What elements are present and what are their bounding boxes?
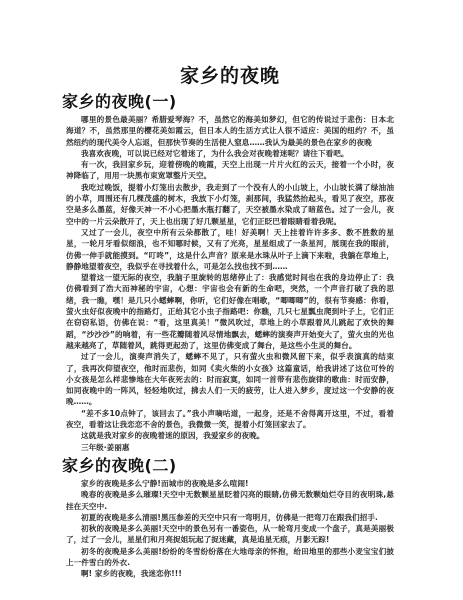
section-2: 家乡的夜晚(二) 家乡的夜晚是多么宁静!而城市的夜晚是多么喧闹! 晚春的夜晚是多… [66,456,394,580]
paragraph: 晚春的夜晚是多么璀璨!天空中无数颗星星眨着闪亮的眼睛,仿佛无数颗灿烂夺目的夜明珠… [66,489,394,512]
paragraph: 初夏的夜晚是多么清丽!黑压参差的天空中只有一弯明月，仿佛是一把弯刀在跟我们招手. [66,512,394,523]
paragraph: 望着这一望无际的夜空，我脑子里旋转的思绪停止了：我感觉时间也在我的身边停止了：我… [66,272,394,351]
section-heading: 家乡的夜晚(二) [62,456,394,476]
document-page: 家乡的夜晚 家乡的夜晚(一) 哪里的景色最美丽？希腊爱琴海？不，虽然它的海美如梦… [66,64,394,580]
section-heading: 家乡的夜晚(一) [62,92,394,112]
paragraph: 啊! 家乡的夜晚，我迷恋你!!! [66,568,394,579]
paragraph: 有一次，我回家乡玩，迎着傍晚的晚霞，天空上出现一片片火红的云天，接着一个小时，夜… [66,159,394,182]
paragraph: 这就是我对家乡的夜晚着迷的原因，我爱家乡的夜晚。 [66,430,394,441]
section-1: 家乡的夜晚(一) 哪里的景色最美丽？希腊爱琴海？不，虽然它的海美如梦幻，但它的传… [66,92,394,453]
paragraph: 哪里的景色最美丽？希腊爱琴海？不，虽然它的海美如梦幻，但它的传说过于悲伤：日本北… [66,114,394,148]
paragraph: 我喜欢夜晚，可以说已经对它着迷了，为什么我会对夜晚着迷呢？请往下看吧。 [66,148,394,159]
paragraph: 过了一会儿，演奏声消失了，蟋蟀不见了，只有萤火虫和微风留下来，似乎表演真的结束了… [66,351,394,407]
paragraph: 我吃过晚饭，提着小灯笼出去散步，我走到了一个没有人的小山坡上，小山坡长满了绿油油… [66,182,394,227]
document-title: 家乡的夜晚 [66,64,394,88]
paragraph: 又过了一会儿，夜空中所有云朵都散了，哇！好美啊！天上挂着许许多多、数不胜数的星星… [66,227,394,272]
paragraph: “差不多10点钟了，该回去了。”我小声嘀咕道，一起身，还是不舍得离开这里，不过，… [66,408,394,431]
paragraph: 家乡的夜晚是多么宁静!而城市的夜晚是多么喧闹! [66,478,394,489]
paragraph: 初冬的夜晚是多么美丽!纷纷的冬雪纷纷落在大地母亲的怀抱，给田地里的那些小麦宝宝们… [66,546,394,569]
author-signature: 三年级·姜丽惠 [66,442,394,453]
paragraph: 初秋的夜晚是多么美丽!天空中的景色另有一番姿色，从一轮弯月变成一个盘子，真是美丽… [66,523,394,546]
